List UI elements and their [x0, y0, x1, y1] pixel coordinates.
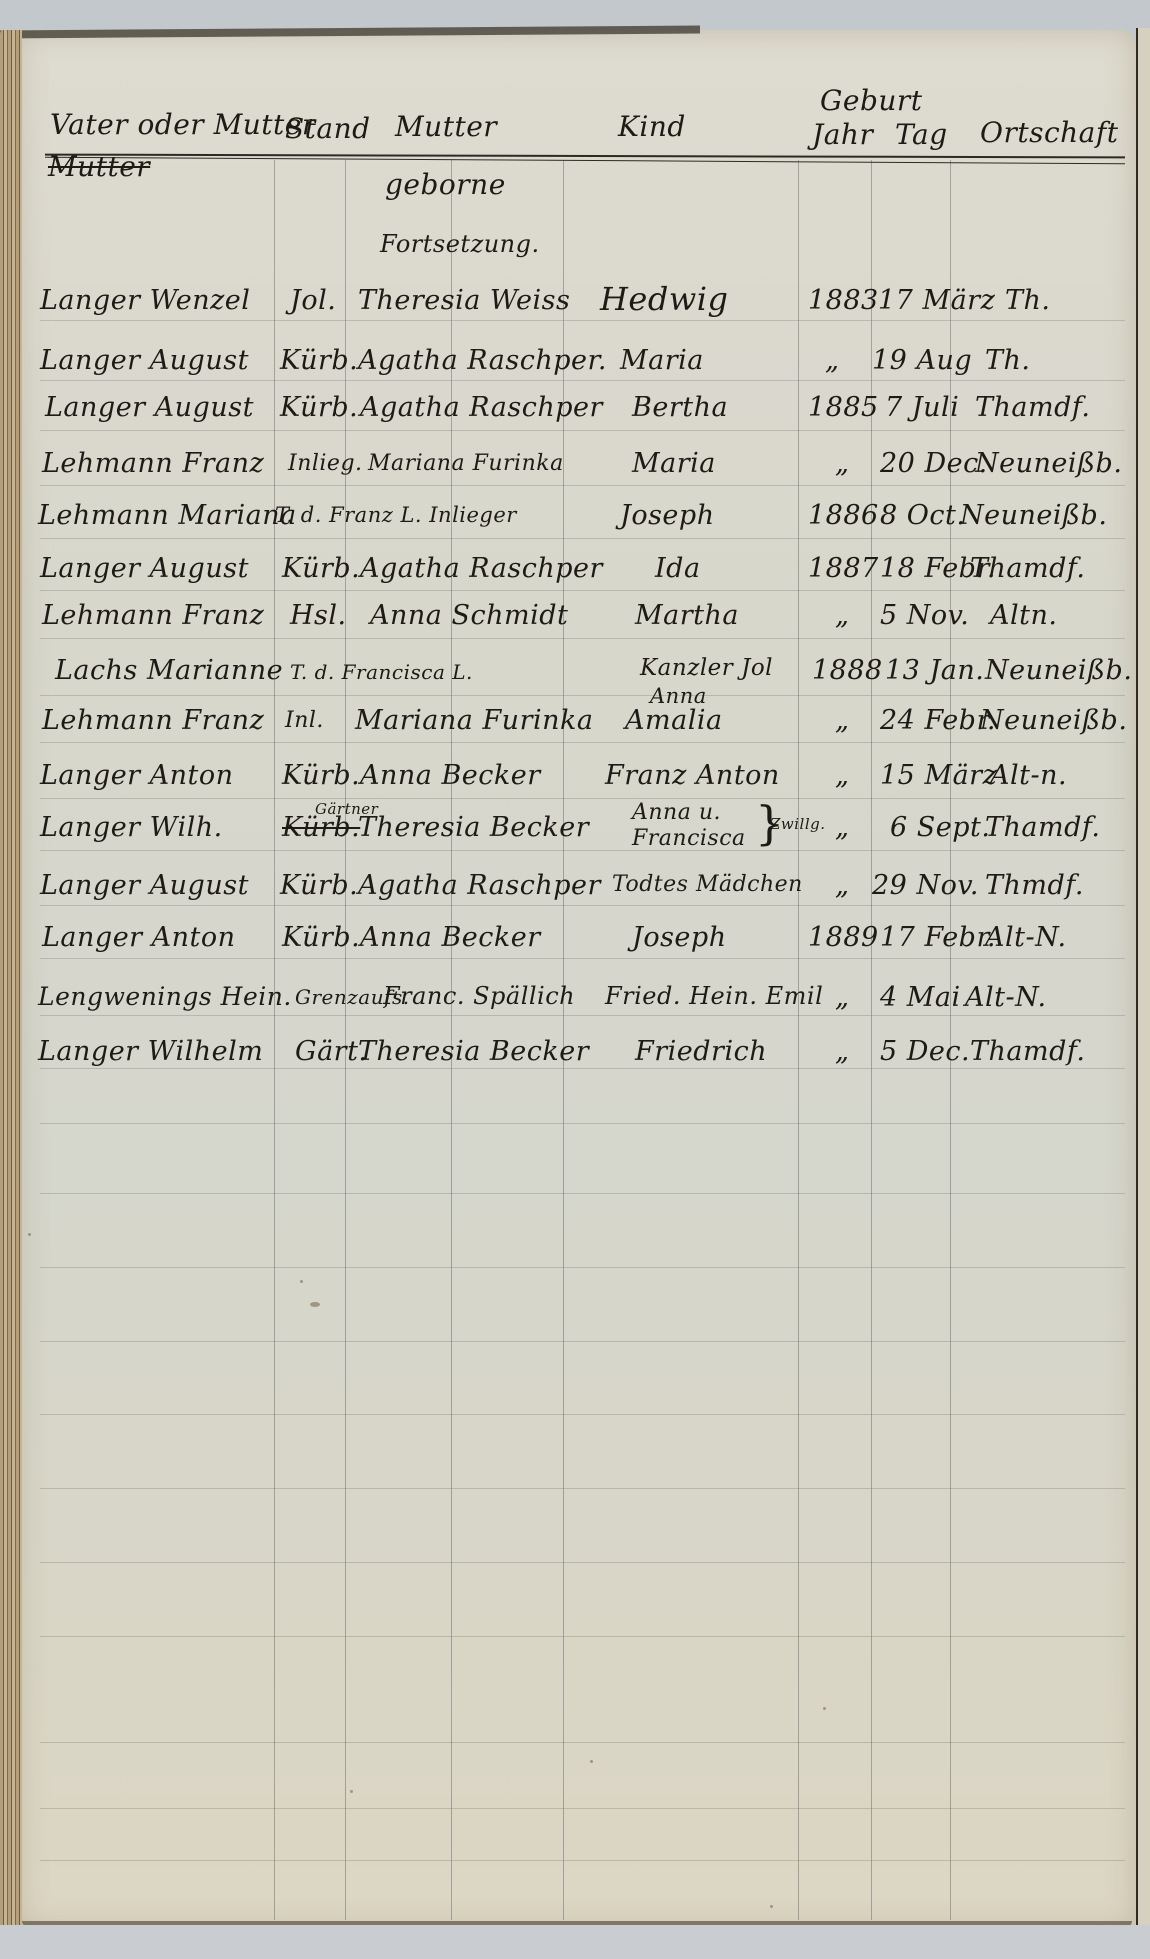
- row-place: Neuneißb.: [960, 500, 1107, 531]
- row-rule: [40, 1068, 1125, 1069]
- row-day: 5 Nov.: [880, 600, 969, 631]
- row-place: Thamdf.: [970, 1036, 1086, 1067]
- row-parent: Lachs Marianne: [55, 655, 283, 686]
- row-mother: Agatha Raschper: [360, 553, 603, 584]
- row-place: Thmdf.: [985, 870, 1084, 901]
- row-rule: [40, 1488, 1125, 1489]
- row-year: 1885: [808, 392, 879, 423]
- row-child: Joseph: [632, 922, 727, 953]
- row-year: „: [835, 760, 850, 791]
- row-year: „: [835, 705, 850, 736]
- row-mother: Anna Schmidt: [370, 600, 568, 631]
- row-year: „: [835, 448, 850, 479]
- row-mother: Agatha Raschper.: [358, 345, 607, 376]
- row-rule: [40, 958, 1125, 959]
- row-day: 4 Mai: [880, 982, 961, 1013]
- book-binding-edge: [0, 30, 22, 1935]
- row-status: Kürb.: [280, 345, 358, 376]
- row-rule: [40, 320, 1125, 321]
- row-year: 1883: [808, 285, 879, 316]
- header-mother-sub: geborne: [385, 168, 506, 201]
- row-place: Altn.: [990, 600, 1057, 631]
- row-child: Kanzler Jol: [640, 655, 773, 681]
- row-status: Kürb.: [282, 922, 360, 953]
- row-child: Maria: [620, 345, 704, 376]
- row-child-note: Zwillg.: [770, 815, 826, 833]
- row-place: Th.: [1005, 285, 1050, 316]
- ink-blot: [310, 1302, 320, 1307]
- row-parent: Langer Wilh.: [40, 812, 223, 843]
- row-mother: Anna Becker: [360, 922, 541, 953]
- row-rule: [40, 1742, 1125, 1743]
- header-birth: Geburt: [820, 84, 923, 117]
- row-parent: Langer August: [40, 345, 249, 376]
- header-year: Jahr: [812, 118, 873, 151]
- row-parent: Langer Anton: [40, 760, 234, 791]
- header-status: Stand: [285, 112, 371, 145]
- row-place: Thamdf.: [975, 392, 1091, 423]
- row-parent: Langer Anton: [42, 922, 236, 953]
- row-place: Alt-N.: [965, 982, 1047, 1013]
- row-status: T. d. Franz L. Inlieger: [275, 503, 517, 527]
- row-parent: Lengwenings Hein.: [38, 982, 292, 1011]
- next-page-edge: [1136, 28, 1150, 1928]
- row-year: 1886: [808, 500, 879, 531]
- column-rule: [798, 160, 799, 1920]
- header-day: Tag: [895, 118, 948, 151]
- row-parent: Lehmann Franz: [42, 448, 264, 479]
- row-day: 13 Jan.: [885, 655, 984, 686]
- row-parent: Lehmann Franz: [42, 705, 264, 736]
- row-mother: Theresia Becker: [358, 1036, 589, 1067]
- row-mother: Agatha Raschper: [358, 870, 601, 901]
- row-child: Franz Anton: [605, 760, 780, 791]
- row-rule: [40, 1341, 1125, 1342]
- column-rule: [871, 160, 872, 1920]
- row-status: Inl.: [285, 708, 324, 733]
- row-day: 17 Febr.: [880, 922, 996, 953]
- row-rule: [40, 538, 1125, 539]
- row-year: „: [835, 982, 850, 1013]
- row-mother: Theresia Weiss: [358, 285, 570, 316]
- row-parent: Langer August: [45, 392, 254, 423]
- row-year: 1889: [808, 922, 879, 953]
- row-child-sub: Francisca: [632, 826, 746, 851]
- row-status: Gärt.: [295, 1036, 368, 1067]
- row-status: Kürb.: [280, 392, 358, 423]
- row-year: „: [825, 345, 840, 376]
- row-status: Hsl.: [290, 600, 347, 631]
- row-rule: [40, 1193, 1125, 1194]
- row-parent: Langer Wilhelm: [38, 1036, 263, 1067]
- row-child: Hedwig: [600, 280, 728, 318]
- row-year: „: [835, 600, 850, 631]
- row-rule: [40, 1267, 1125, 1268]
- row-rule: [40, 1860, 1125, 1861]
- header-mother: Mutter: [395, 110, 497, 143]
- scan-background-bottom: [0, 1925, 1150, 1959]
- paper-speck: [770, 1905, 773, 1908]
- row-rule: [40, 590, 1125, 591]
- row-place: Alt-n.: [990, 760, 1067, 791]
- row-day: 19 Aug: [872, 345, 972, 376]
- row-rule: [40, 638, 1125, 639]
- row-day: 20 Dec.: [880, 448, 988, 479]
- row-mother: Mariana Furinka: [355, 705, 593, 736]
- header-place: Ortschaft: [980, 116, 1118, 149]
- row-child: Martha: [635, 600, 739, 631]
- row-child: Todtes Mädchen: [612, 872, 803, 897]
- row-day: 6 Sept.: [890, 812, 990, 843]
- row-child: Friedrich: [635, 1036, 767, 1067]
- row-mother: Franc. Spällich: [383, 982, 575, 1010]
- row-rule: [40, 905, 1125, 906]
- row-day: 24 Febr.: [880, 705, 996, 736]
- row-parent: Lehmann Mariana: [38, 500, 297, 531]
- row-mother: Theresia Becker: [358, 812, 589, 843]
- row-status: Kürb.: [282, 760, 360, 791]
- row-status: Kürb.: [282, 553, 360, 584]
- row-place: Neuneißb.: [980, 705, 1127, 736]
- row-rule: [40, 798, 1125, 799]
- row-rule: [40, 380, 1125, 381]
- row-rule: [40, 1414, 1125, 1415]
- row-mother: Anna Becker: [360, 760, 541, 791]
- row-year: 1888: [812, 655, 883, 686]
- row-place: Neuneißb.: [975, 448, 1122, 479]
- row-child: Joseph: [620, 500, 715, 531]
- row-parent: Langer August: [40, 553, 249, 584]
- row-day: 8 Oct.: [880, 500, 965, 531]
- row-mother: Mariana Furinka: [368, 451, 564, 476]
- row-rule: [40, 850, 1125, 851]
- row-child: Anna u.: [632, 800, 721, 825]
- row-rule: [40, 485, 1125, 486]
- row-child: Maria: [632, 448, 716, 479]
- row-year: „: [835, 870, 850, 901]
- row-rule: [40, 1562, 1125, 1563]
- section-title: Fortsetzung.: [380, 230, 540, 258]
- paper-speck: [590, 1760, 593, 1763]
- row-parent: Lehmann Franz: [42, 600, 264, 631]
- row-child: Bertha: [632, 392, 728, 423]
- row-place: Thamdf.: [985, 812, 1101, 843]
- row-year: „: [835, 812, 850, 843]
- row-status: Inlieg.: [288, 451, 363, 476]
- row-day: 29 Nov.: [872, 870, 979, 901]
- row-day: 5 Dec.: [880, 1036, 970, 1067]
- paper-speck: [28, 1233, 31, 1236]
- paper-speck: [350, 1790, 353, 1793]
- row-year: „: [835, 1036, 850, 1067]
- column-rule: [274, 160, 275, 1920]
- paper-speck: [823, 1707, 826, 1710]
- row-rule: [40, 742, 1125, 743]
- row-parent: Langer August: [40, 870, 249, 901]
- row-day: 7 Juli: [885, 392, 959, 423]
- header-father-struck: Mutter: [48, 150, 150, 183]
- row-place: Th.: [985, 345, 1030, 376]
- row-status: Kürb.: [280, 870, 358, 901]
- row-rule: [40, 1636, 1125, 1637]
- header-father: Vater oder Mutter: [50, 108, 316, 141]
- header-child: Kind: [618, 110, 686, 143]
- paper-speck: [300, 1280, 303, 1283]
- row-mother: Agatha Raschper: [360, 392, 603, 423]
- row-child: Amalia: [625, 705, 723, 736]
- row-status: Jol.: [290, 285, 336, 316]
- row-year: 1887: [808, 553, 879, 584]
- row-place: Alt-N.: [985, 922, 1067, 953]
- row-child: Ida: [655, 553, 701, 584]
- row-place: Neuneißb.: [985, 655, 1132, 686]
- row-day: 17 März: [878, 285, 995, 316]
- row-rule: [40, 1015, 1125, 1016]
- row-place: Thamdf.: [970, 553, 1086, 584]
- row-day: 15 März: [880, 760, 997, 791]
- row-parent: Langer Wenzel: [40, 285, 250, 316]
- row-rule: [40, 1123, 1125, 1124]
- row-rule: [40, 430, 1125, 431]
- row-child: Fried. Hein. Emil: [605, 982, 823, 1010]
- row-rule: [40, 695, 1125, 696]
- row-status: T. d. Francisca L.: [290, 660, 473, 684]
- row-rule: [40, 1808, 1125, 1809]
